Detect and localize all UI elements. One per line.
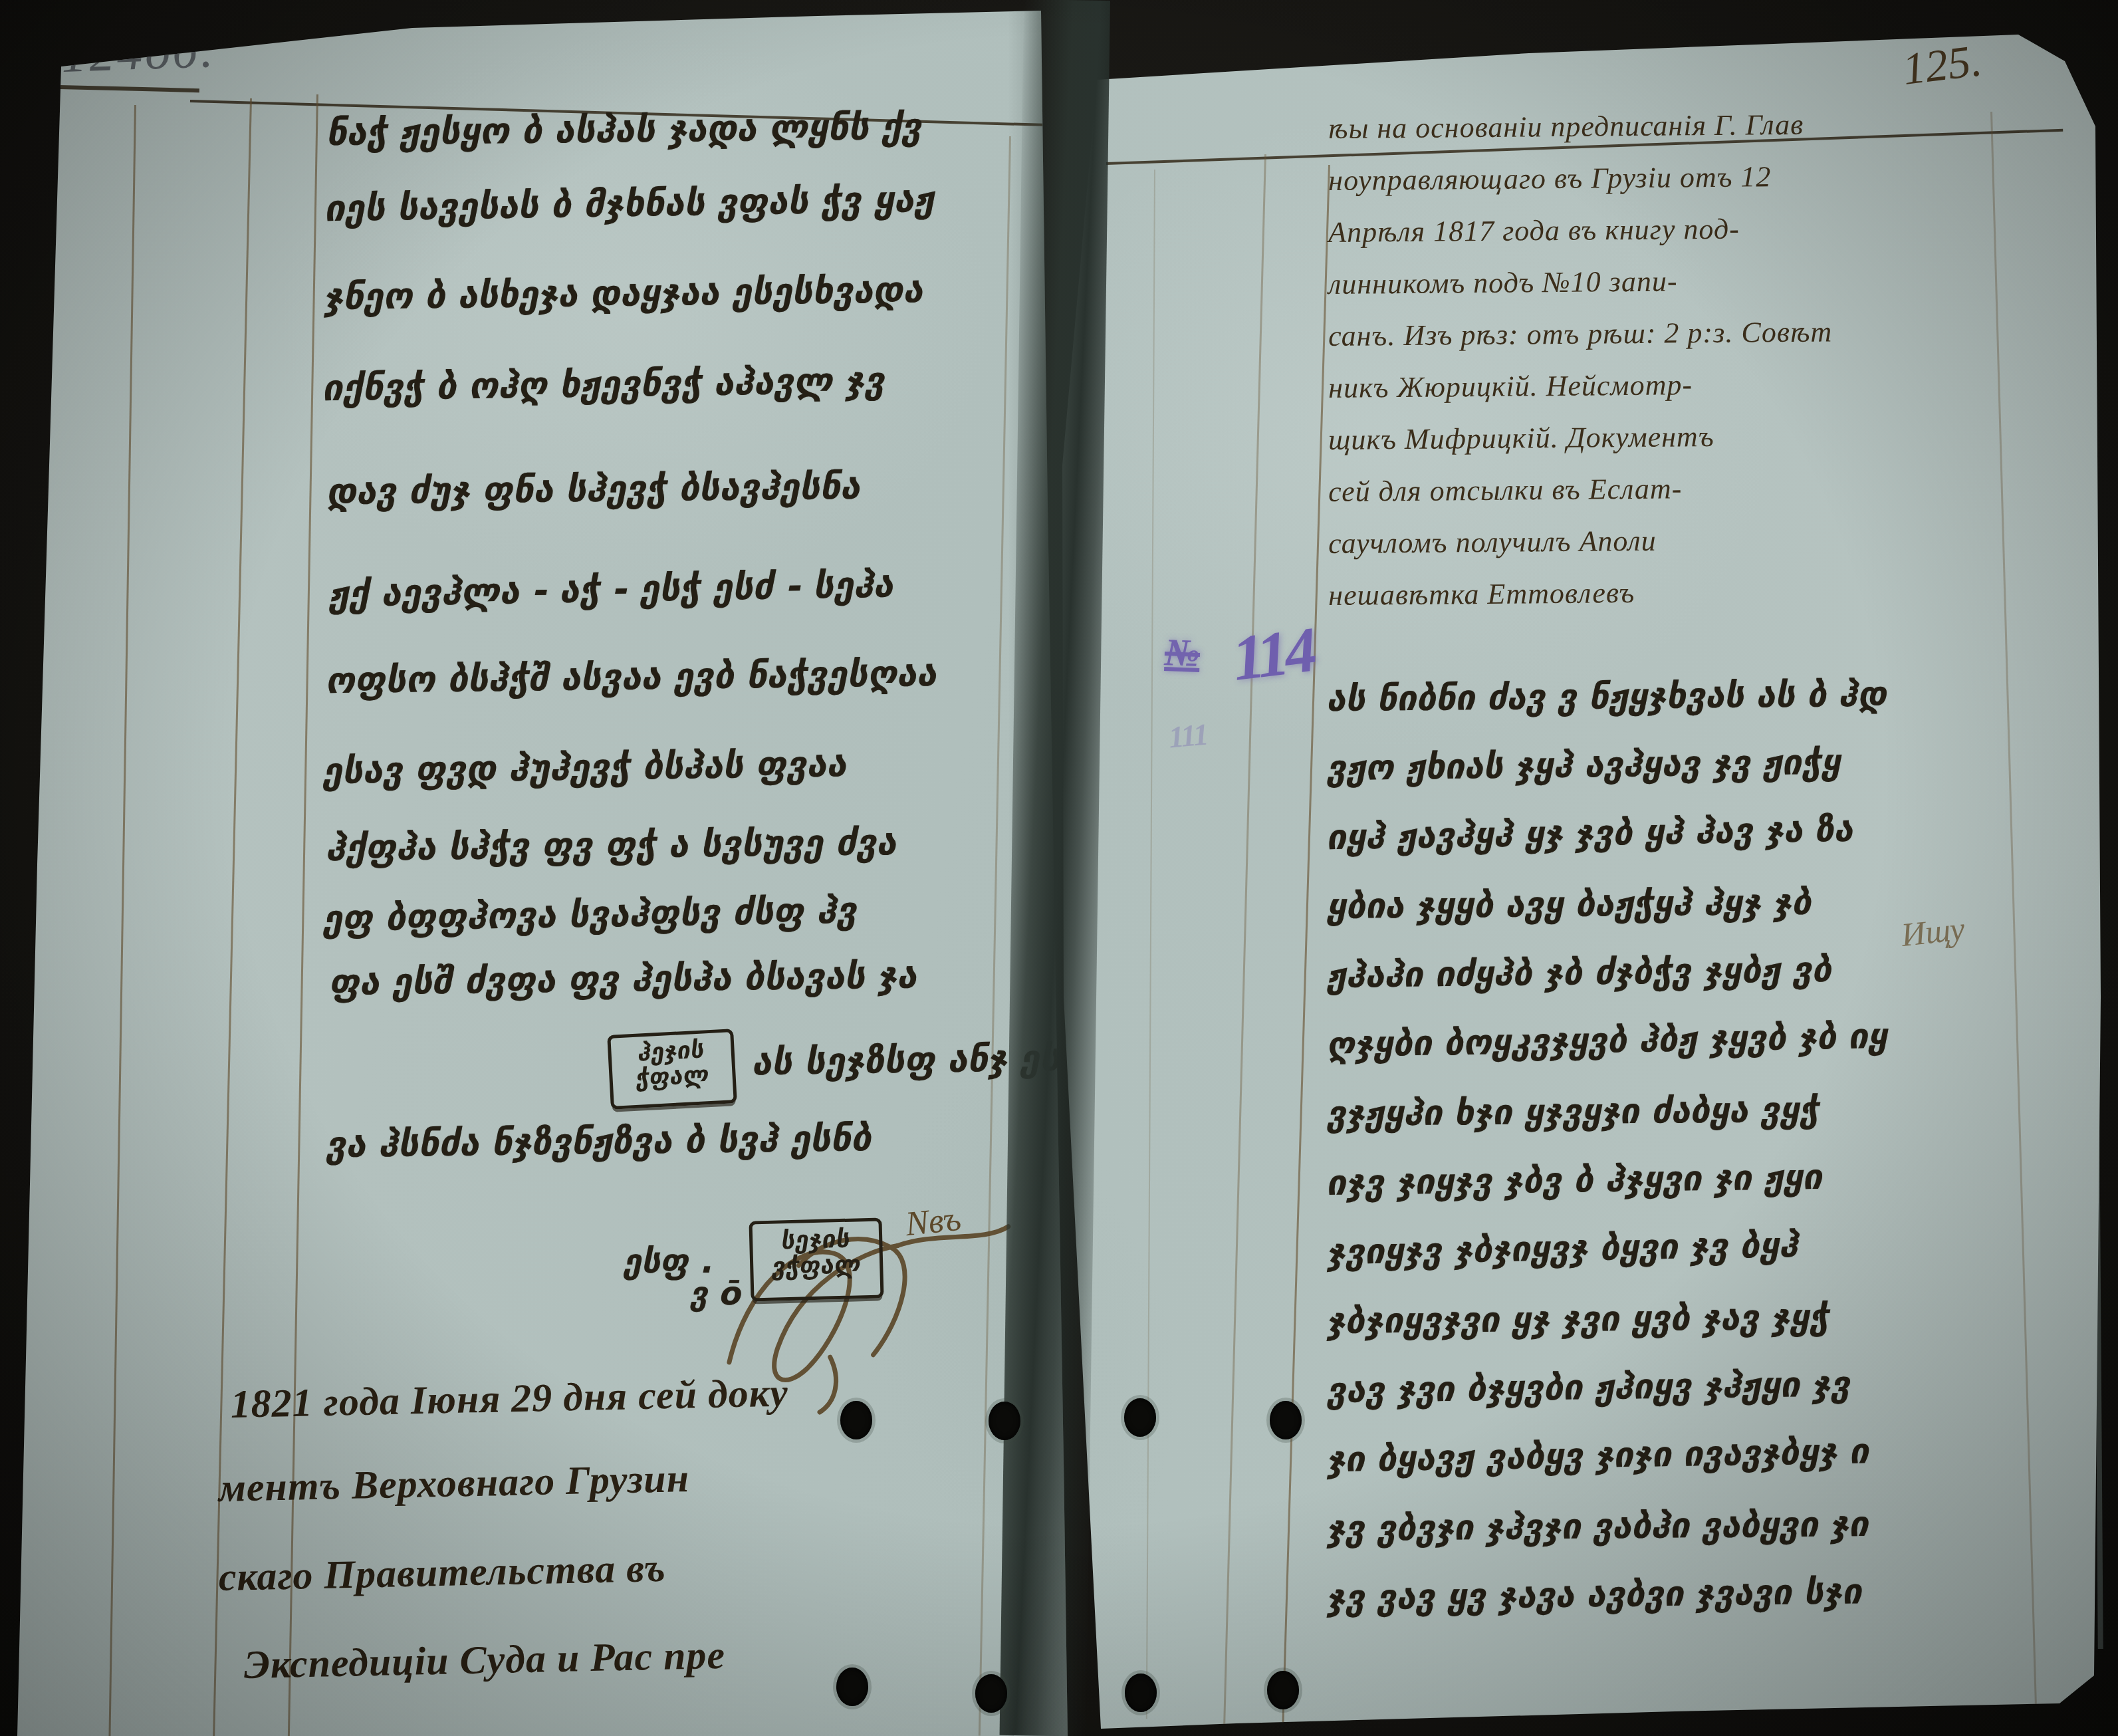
case-number-ghost: 111 bbox=[1167, 717, 1209, 755]
georgian-line: იქნვჭ ბ ოჰღ ხჟევნვჭ აჰავლ ჯვ bbox=[320, 359, 890, 409]
georgian-line: ეფ ბფფჰოვა სვაჰფსვ ძსფ ჰვ bbox=[320, 889, 863, 939]
georgian-line: დავ ძუჯ ფნა სჰევჭ ბსავჰესნა bbox=[324, 465, 866, 513]
georgian-line: ვჯჟყჰი ხჯი ყჯვყჯი ძაბყა ვყჭ bbox=[1324, 1090, 1825, 1135]
georgian-line: ვავ ჯვი ბჯყვბი ჟჰიყვ ჯჰჟყი ჯვ bbox=[1324, 1364, 1855, 1411]
georgian-line: ვა ჰსნძა ნჯზვნჟზვა ბ სვჰ ესნბ bbox=[323, 1117, 877, 1166]
boxed-annotation-bottom: სეჯის ვჭფალ bbox=[749, 1217, 883, 1301]
left-margin-line-1 bbox=[108, 105, 136, 1736]
georgian-line: ფა ესშ ძვფა ფვ ჰესჰა ბსავას ჯა bbox=[326, 954, 923, 1003]
georgian-line: ჯბჯიყვჯვი ყჯ ჯვი ყვბ ჯავ ჯყჭ bbox=[1324, 1297, 1835, 1342]
georgian-line: ღჯყბი ბოყკვჯყვბ ჰბჟ ჯყვბ ჯბ იყ bbox=[1324, 1017, 1893, 1065]
russian-header-line: Апрѣля 1817 года въ книгу под- bbox=[1328, 212, 1740, 249]
binding-hole bbox=[1125, 1674, 1157, 1712]
scan-canvas: 124об. ნაჭ ჟესყო ბ ასჰას ჯადა ლყნს ქვიეს… bbox=[0, 0, 2118, 1736]
russian-header-line: ѣы на основанiи предписанiя Г. Глав bbox=[1328, 108, 1804, 146]
russian-header-line: саучломъ получилъ Аполи bbox=[1328, 524, 1657, 560]
binding-hole bbox=[840, 1401, 872, 1439]
russian-header-line: ноуправляющаго въ Грузiи отъ 12 bbox=[1328, 160, 1772, 197]
russian-header-line: никъ Жюрицкiй. Нейсмотр- bbox=[1328, 368, 1693, 405]
georgian-line: ჯვ ვბვჯი ჯჰვჯი ვაბჰი ვაბყვი ჯი bbox=[1324, 1505, 1874, 1549]
left-folio-number: 124об. bbox=[60, 21, 217, 84]
russian-note-line: 1821 года Іюня 29 дня сей доку bbox=[230, 1370, 788, 1427]
georgian-line: ჯვ ვავ ყვ ჯავა ავბვი ჯვავი სჯი bbox=[1324, 1572, 1867, 1618]
right-margin-line-outer bbox=[1223, 154, 1266, 1728]
interlinear-annotation: Ищу bbox=[1899, 909, 1966, 954]
russian-header-line: нешавѣтка Еттовлевъ bbox=[1328, 576, 1635, 612]
right-margin-line-inner bbox=[1282, 165, 1330, 1728]
right-folio-number: 125. bbox=[1900, 34, 1985, 96]
russian-header-line: линникомъ подъ №10 запи- bbox=[1328, 264, 1678, 301]
georgian-line: იყჰ ჟავჰყჰ ყჯ ჯვბ ყჰ ჰავ ჯა ზა bbox=[1324, 810, 1859, 858]
georgian-line: ჟჰაჰი იძყჰბ ჯბ ძჯბჭვ ჯყბჟ ვბ bbox=[1324, 950, 1837, 996]
binding-hole bbox=[1270, 1401, 1302, 1439]
russian-note-line: скаго Правительства въ bbox=[218, 1545, 666, 1600]
case-number-label: № bbox=[1164, 630, 1201, 676]
russian-note-line: ментъ Верховнаго Грузин bbox=[218, 1455, 690, 1511]
case-number-value: 114 bbox=[1229, 612, 1317, 695]
folio-underline bbox=[60, 85, 199, 92]
georgian-line: ჯი ბყავჟ ვაბყვ ჯიჯი ივავჯბყჯ ი bbox=[1324, 1431, 1874, 1480]
binding-hole bbox=[975, 1674, 1007, 1713]
georgian-line: ჟქ აევჰლა - აჭ - ესჭ ესძ - სეჰა bbox=[326, 563, 899, 615]
georgian-line: ჰქფჰა სჰჭვ ფვ ფჭ ა სვსუვე ძვა bbox=[323, 821, 902, 869]
georgian-line: ჯვიყჯვ ჯბჯიყვჯ ბყვი ჯვ ბყჰ bbox=[1324, 1225, 1804, 1273]
georgian-line: იეს სავესას ბ მჯხნას ვფას ჭვ ყაჟ bbox=[322, 178, 941, 230]
binding-hole bbox=[1267, 1671, 1299, 1709]
boxed-annotation-bottom-line2: ვჭფალ bbox=[751, 1251, 882, 1281]
right-gutter-crease bbox=[1146, 170, 1155, 1719]
georgian-line: ნაჭ ჟესყო ბ ასჰას ჯადა ლყნს ქვ bbox=[324, 106, 927, 154]
georgian-line: ვჟო ჟხიას ჯყჰ ავჰყავ ჯვ ჟიჭყ bbox=[1324, 743, 1846, 789]
georgian-line: ას ნიბნი ძავ ვ ნჟყჯხვას ას ბ ჰდ bbox=[1324, 675, 1893, 719]
georgian-line: ესავ ფვდ ჰუჰევჭ ბსჰას ფვაა bbox=[320, 743, 852, 792]
boxed-annotation-top: ჰეჯის ჭფალ bbox=[607, 1029, 737, 1110]
russian-header-line: сей для отсылки въ Еслат- bbox=[1328, 471, 1683, 509]
right-edge-margin-line bbox=[1990, 112, 2037, 1708]
binding-hole bbox=[836, 1668, 868, 1706]
georgian-line: იჯვ ჯიყჯვ ჯბვ ბ ჰჯყვი ჯი ჟყი bbox=[1324, 1158, 1827, 1203]
russian-header-line: щикъ Мифрицкiй. Документъ bbox=[1328, 420, 1714, 457]
left-right-margin-line bbox=[979, 136, 1011, 1736]
georgian-line: ყბია ჯყყბ ავყ ბაჟჭყჰ ჰყჯ ჯბ bbox=[1324, 883, 1817, 927]
binding-hole bbox=[1124, 1398, 1156, 1437]
georgian-line: ოფსო ბსჰჭშ ასვაა ევბ ნაჭვესღაა bbox=[323, 652, 943, 701]
russian-note-line: Экспедицiи Суда и Рас пре bbox=[243, 1632, 726, 1688]
russian-header-line: санъ. Изъ рѣз: отъ рѣш: 2 р:з. Совѣт bbox=[1328, 314, 1832, 353]
georgian-line: ჯნეო ბ ასხეჯა დაყჯაა ესესხვადა bbox=[321, 269, 929, 318]
binding-hole bbox=[989, 1402, 1020, 1440]
